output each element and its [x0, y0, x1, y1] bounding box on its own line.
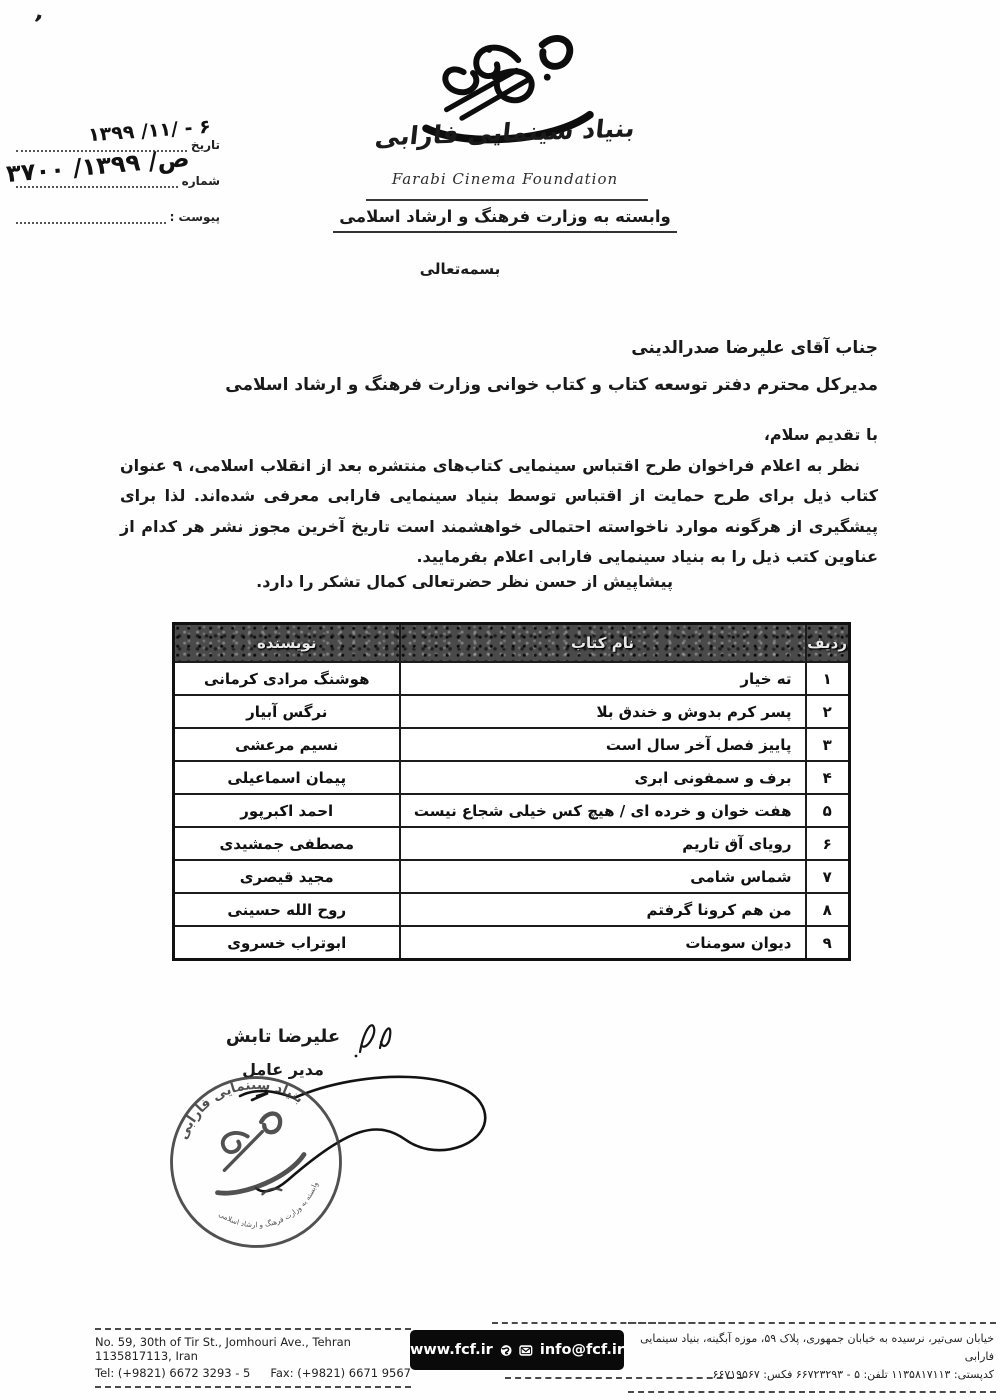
affiliation-text: وابسته به وزارت فرهنگ و ارشاد اسلامی	[333, 205, 677, 233]
besmele-invocation: بسمه‌تعالی	[370, 260, 550, 278]
book-title: دیوان سومنات	[400, 926, 806, 960]
book-title: رویای آق تاریم	[400, 827, 806, 860]
row-number: ۷	[806, 860, 850, 893]
affiliation-line: وابسته به وزارت فرهنگ و ارشاد اسلامی	[330, 205, 680, 233]
book-author: نرگس آبیار	[174, 695, 400, 728]
signatory-name: علیرضا تابش	[208, 1026, 358, 1047]
row-number: ۴	[806, 761, 850, 794]
book-title: هفت خوان و خرده ای / هیچ کس خیلی شجاع نی…	[400, 794, 806, 827]
letterhead-divider-line	[366, 199, 648, 201]
table-row: ۸ من هم کرونا گرفتم روح الله حسینی	[174, 893, 850, 926]
contact-persian: کدپستی: ۱۱۳۵۸۱۷۱۱۳ تلفن: ۵ - ۶۶۷۲۳۲۹۳ فک…	[630, 1366, 994, 1384]
book-title: من هم کرونا گرفتم	[400, 893, 806, 926]
table-row: ۴ برف و سمفونی ابری پیمان اسماعیلی	[174, 761, 850, 794]
table-row: ۲ پسر کرم بدوش و خندق بلا نرگس آبیار	[174, 695, 850, 728]
row-number: ۲	[806, 695, 850, 728]
book-author: هوشنگ مرادی کرمانی	[174, 662, 400, 695]
address-persian: خیابان سی‌تیر، نرسیده به خیابان جمهوری، …	[630, 1330, 994, 1366]
email-address[interactable]: info@fcf.ir	[540, 1342, 624, 1358]
book-author: مصطفی جمشیدی	[174, 827, 400, 860]
table-row: ۶ رویای آق تاریم مصطفی جمشیدی	[174, 827, 850, 860]
website-url[interactable]: www.fcf.ir	[410, 1342, 493, 1358]
recipient-title: مدیرکل محترم دفتر توسعه کتاب و کتاب خوان…	[118, 367, 878, 404]
body-paragraph: نظر به اعلام فراخوان طرح اقتباس سینمایی …	[120, 451, 878, 573]
book-author: روح الله حسینی	[174, 893, 400, 926]
row-number: ۸	[806, 893, 850, 926]
book-author: نسیم مرعشی	[174, 728, 400, 761]
closing-sentence: پیشاپیش از حسن نظر حضرتعالی کمال تشکر را…	[256, 572, 673, 591]
fax-english: Fax: (+9821) 6671 9567	[270, 1366, 411, 1380]
table-row: ۳ پاییز فصل آخر سال است نسیم مرعشی	[174, 728, 850, 761]
book-title: ته خیار	[400, 662, 806, 695]
row-number: ۳	[806, 728, 850, 761]
globe-icon	[500, 1341, 512, 1360]
stamp-inner-emblem	[199, 1108, 312, 1209]
recipient-block: جناب آقای علیرضا صدرالدینی مدیرکل محترم …	[118, 330, 878, 404]
col-header-author: نویسنده	[174, 624, 400, 663]
address-english: No. 59, 30th of Tir St., Jomhouri Ave., …	[95, 1335, 411, 1363]
mail-icon	[519, 1342, 533, 1359]
footer-english-address: No. 59, 30th of Tir St., Jomhouri Ave., …	[95, 1328, 411, 1388]
book-title: برف و سمفونی ابری	[400, 761, 806, 794]
row-number: ۵	[806, 794, 850, 827]
book-author: مجید قیصری	[174, 860, 400, 893]
table-header-row: ردیف نام کتاب نویسنده	[174, 624, 850, 663]
footer-persian-address: خیابان سی‌تیر، نرسیده به خیابان جمهوری، …	[628, 1322, 996, 1393]
attachment-label: پیوست :	[170, 210, 222, 224]
number-label: شماره	[182, 174, 222, 188]
book-title: شماس شامی	[400, 860, 806, 893]
book-author: ابوتراب خسروی	[174, 926, 400, 960]
table: ردیف نام کتاب نویسنده ۱ ته خیار هوشنگ مر…	[172, 622, 851, 961]
footer-contact-bar: www.fcf.ir info@fcf.ir	[410, 1330, 624, 1370]
scanned-letter-page: , بنیاد سینمایی فارابی Farabi Cinema Fou…	[0, 0, 1000, 1400]
logo-english-name: Farabi Cinema Foundation	[300, 170, 710, 188]
book-title: پسر کرم بدوش و خندق بلا	[400, 695, 806, 728]
book-title: پاییز فصل آخر سال است	[400, 728, 806, 761]
row-number: ۶	[806, 827, 850, 860]
attachment-field-row: پیوست :	[12, 210, 222, 224]
attachment-dotted-line	[16, 210, 166, 224]
book-author: پیمان اسماعیلی	[174, 761, 400, 794]
telephone-english: Tel: (+9821) 6672 3293 - 5	[95, 1366, 250, 1380]
col-header-book-name: نام کتاب	[400, 624, 806, 663]
row-number: ۱	[806, 662, 850, 695]
scan-artifact-mark: ,	[33, 0, 48, 26]
book-list-table: ردیف نام کتاب نویسنده ۱ ته خیار هوشنگ مر…	[172, 622, 848, 961]
date-label: تاریخ	[191, 138, 222, 152]
salutation: با تقدیم سلام،	[120, 420, 878, 451]
col-header-row-number: ردیف	[806, 624, 850, 663]
table-row: ۵ هفت خوان و خرده ای / هیچ کس خیلی شجاع …	[174, 794, 850, 827]
row-number: ۹	[806, 926, 850, 960]
table-row: ۱ ته خیار هوشنگ مرادی کرمانی	[174, 662, 850, 695]
table-row: ۹ دیوان سومنات ابوتراب خسروی	[174, 926, 850, 960]
letter-body: با تقدیم سلام، نظر به اعلام فراخوان طرح …	[120, 420, 878, 573]
recipient-name: جناب آقای علیرضا صدرالدینی	[118, 330, 878, 367]
book-author: احمد اکبرپور	[174, 794, 400, 827]
table-row: ۷ شماس شامی مجید قیصری	[174, 860, 850, 893]
